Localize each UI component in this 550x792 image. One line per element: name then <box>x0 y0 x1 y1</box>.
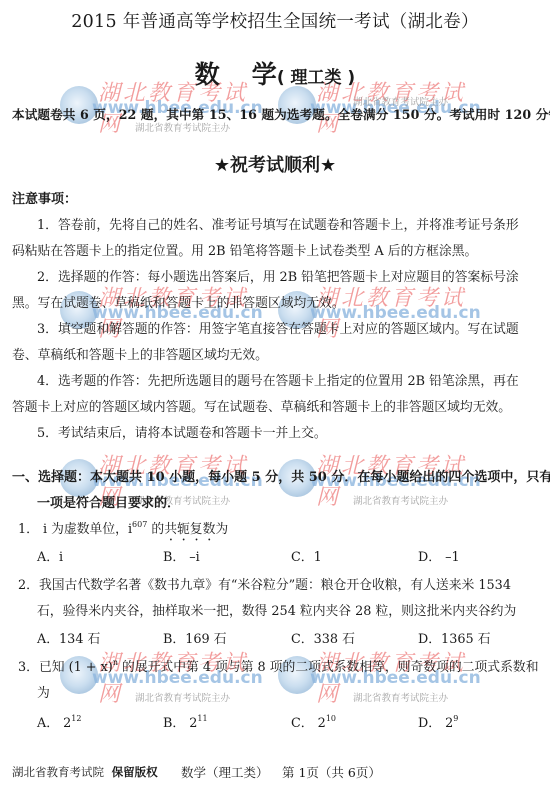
question-3-option-b: B． 211 <box>163 712 208 731</box>
question-2-option-d: D．1365 石 <box>418 628 491 647</box>
question-2-option-a: A．134 石 <box>37 628 100 647</box>
footer-subject: 数学（理工类） <box>181 763 269 781</box>
question-2-line-2: 石，验得米内夹谷，抽样取米一把，数得 254 粒内夹谷 28 粒，则这批米内夹谷… <box>37 600 516 619</box>
notice-item-3-line-2: 卷、草稿纸和答题卡上的非答题区域均无效。 <box>12 344 268 363</box>
question-1-exponent: 607 <box>132 520 147 529</box>
question-3-option-c: C． 210 <box>291 712 336 731</box>
option-exponent: 10 <box>326 714 336 723</box>
question-2-line-1: 2．我国古代数学名著《数书九章》有“米谷粒分”题：粮仓开仓收粮，有人送来米 15… <box>18 574 511 593</box>
exam-page: 湖北教育考试网 www.hbee.edu.cn 湖北省教育考试院主办 湖北教育考… <box>0 0 550 792</box>
question-3-line-1: 3．已知 (1 + x)n 的展开式中第 4 项与第 8 项的二项式系数相等，则… <box>18 656 539 675</box>
subject-char-2: 学 <box>252 60 277 89</box>
question-1-middle: 的 <box>147 522 164 537</box>
watermark: 湖北教育考试网 www.hbee.edu.cn 湖北省教育考试院主办 <box>278 455 478 515</box>
question-1-suffix: 为 <box>215 522 228 537</box>
option-base: A． 2 <box>37 716 71 731</box>
notice-item-1-line-2: 码粘贴在答题卡上的指定位置。用 2B 铅笔将答题卡上试卷类型 A 后的方框涂黑。 <box>12 240 477 259</box>
question-1-option-a: A．i <box>37 546 63 565</box>
question-1-option-c: C．1 <box>291 546 322 565</box>
question-2-option-c: C．338 石 <box>291 628 355 647</box>
subject-heading: 数学( 理工类 ) <box>0 55 550 91</box>
footer-publisher: 湖北省教育考试院 保留版权 <box>12 764 158 780</box>
option-exponent: 12 <box>71 714 81 723</box>
subject-char-1: 数 <box>195 60 220 89</box>
option-base: D． 2 <box>418 716 453 731</box>
exam-intro: 本试题卷共 6 页，22 题，其中第 15、16 题为选考题。全卷满分 150 … <box>12 104 550 123</box>
notice-item-4-line-2: 答题卡上对应的答题区域内答题。写在试题卷、草稿纸和答题卡上的非答题区域均无效。 <box>12 396 511 415</box>
question-1-option-b: B． –i <box>163 546 200 565</box>
question-2-option-b: B．169 石 <box>163 628 227 647</box>
question-3-prefix: 3．已知 (1 + x) <box>18 660 113 675</box>
footer-rights: 保留版权 <box>112 765 158 779</box>
question-1-prefix: 1． i 为虚数单位，i <box>18 522 132 537</box>
option-base: C． 2 <box>291 716 326 731</box>
question-1: 1． i 为虚数单位，i607 的共轭复数为 <box>18 518 228 544</box>
watermark-org: 湖北省教育考试院主办 <box>135 690 230 704</box>
notice-item-4-line-1: 4．选考题的作答：先把所选题目的题号在答题卡上指定的位置用 2B 铅笔涂黑，再在 <box>37 370 519 389</box>
good-luck-banner: ★祝考试顺利★ <box>0 151 550 177</box>
question-1-option-d: D． –1 <box>418 546 460 565</box>
question-3-line-2: 为 <box>37 682 50 701</box>
watermark-org: 湖北省教育考试院主办 <box>353 690 448 704</box>
notice-heading: 注意事项： <box>12 188 77 207</box>
section-1-heading-cont: 一项是符合题目要求的． <box>37 492 180 511</box>
question-3-suffix: 的展开式中第 4 项与第 8 项的二项式系数相等，则奇数项的二项式系数和 <box>118 660 539 675</box>
option-exponent: 11 <box>197 714 207 723</box>
notice-item-1-line-1: 1．答卷前，先将自己的姓名、准考证号填写在试题卷和答题卡上，并将准考证号条形 <box>37 214 519 233</box>
question-1-emphasis: 共轭复数 <box>164 522 215 537</box>
notice-item-2-line-2: 黑。写在试题卷、草稿纸和答题卡上的非答题区域均无效。 <box>12 292 345 311</box>
notice-item-3-line-1: 3．填空题和解答题的作答：用签字笔直接答在答题卡上对应的答题区域内。写在试题 <box>37 318 519 337</box>
option-exponent: 9 <box>453 714 458 723</box>
subject-category: ( 理工类 ) <box>277 68 355 88</box>
question-3-option-d: D． 29 <box>418 712 458 731</box>
question-3-option-a: A． 212 <box>37 712 81 731</box>
footer-page-number: 第 1页（共 6页） <box>282 763 381 781</box>
option-base: B． 2 <box>163 716 197 731</box>
exam-title: 2015 年普通高等学校招生全国统一考试（湖北卷） <box>0 8 550 33</box>
footer-publisher-name: 湖北省教育考试院 <box>12 765 104 779</box>
notice-item-5: 5．考试结束后，请将本试题卷和答题卡一并上交。 <box>37 422 327 441</box>
notice-item-2-line-1: 2．选择题的作答：每小题选出答案后，用 2B 铅笔把答题卡上对应题目的答案标号涂 <box>37 266 519 285</box>
watermark-org: 湖北省教育考试院主办 <box>353 493 448 507</box>
section-1-heading: 一、选择题：本大题共 10 小题，每小题 5 分，共 50 分．在每小题给出的四… <box>12 466 550 485</box>
